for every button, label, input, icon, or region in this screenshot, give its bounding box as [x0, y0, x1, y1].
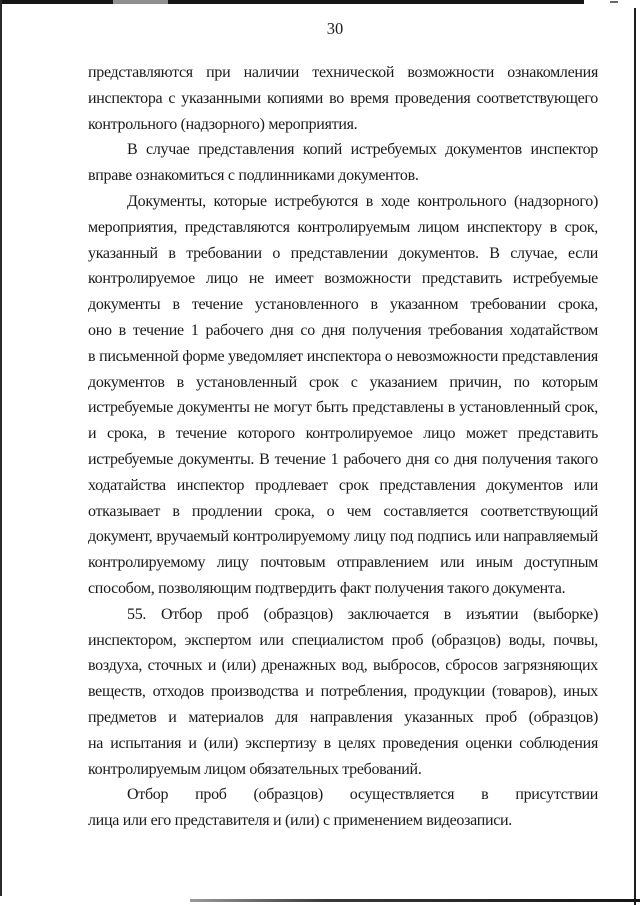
text-line: указанный в требовании о представлении д…	[88, 241, 598, 267]
paragraph: Отбор проб (образцов) осуществляется в п…	[88, 782, 598, 834]
text-line: в письменной форме уведомляет инспектора…	[88, 344, 598, 370]
text-line: веществ, отходов производства и потребле…	[88, 679, 598, 705]
text-line: отказывает в продлении срока, о чем сост…	[88, 499, 598, 525]
text-line: документы в течение установленного в ука…	[88, 292, 598, 318]
text-line: ходатайства инспектор продлевает срок пр…	[88, 473, 598, 499]
scan-edge-bottom	[190, 899, 640, 902]
text-line: инспектора с указанными копиями во время…	[88, 86, 598, 112]
text-line: контролируемым лицом обязательных требов…	[88, 757, 598, 783]
document-page: 30 представляются при наличии техническо…	[0, 0, 640, 905]
scan-edge-top-fade	[113, 0, 168, 4]
text-line: способом, позволяющим подтвердить факт п…	[88, 576, 598, 602]
text-line: Отбор проб (образцов) осуществляется в п…	[88, 782, 598, 808]
text-line: предметов и материалов для направления у…	[88, 705, 598, 731]
text-line: на испытания и (или) экспертизу в целях …	[88, 731, 598, 757]
scan-edge-left	[0, 0, 2, 896]
text-line: Документы, которые истребуются в ходе ко…	[88, 189, 598, 215]
text-line: контролируемому лицу почтовым отправлени…	[88, 550, 598, 576]
text-line: истребуемые документы. В течение 1 рабоч…	[88, 447, 598, 473]
scan-speck	[610, 1, 618, 3]
page-number: 30	[80, 16, 590, 42]
text-line: контрольного (надзорного) мероприятия.	[88, 112, 598, 138]
text-line: истребуемые документы не могут быть пред…	[88, 395, 598, 421]
paragraph: Документы, которые истребуются в ходе ко…	[88, 189, 598, 602]
text-line: воздуха, сточных и (или) дренажных вод, …	[88, 653, 598, 679]
paragraph: 55. Отбор проб (образцов) заключается в …	[88, 602, 598, 783]
text-line: лица или его представителя и (или) с при…	[88, 808, 598, 834]
paragraph: В случае представления копий истребуемых…	[88, 137, 598, 189]
text-line: представляются при наличии технической в…	[88, 60, 598, 86]
text-line: вправе ознакомиться с подлинниками докум…	[88, 163, 598, 189]
text-line: документов в установленный срок с указан…	[88, 370, 598, 396]
scan-edge-top	[0, 0, 584, 4]
text-line: В случае представления копий истребуемых…	[88, 137, 598, 163]
text-line: оно в течение 1 рабочего дня со дня полу…	[88, 318, 598, 344]
text-line: и срока, в течение которого контролируем…	[88, 421, 598, 447]
text-line: 55. Отбор проб (образцов) заключается в …	[88, 602, 598, 628]
text-line: документ, вручаемый контролируемому лицу…	[88, 524, 598, 550]
text-line: контролируемое лицо не имеет возможности…	[88, 266, 598, 292]
text-line: инспектором, экспертом или специалистом …	[88, 628, 598, 654]
text-line: мероприятия, представляются контролируем…	[88, 215, 598, 241]
paragraph: представляются при наличии технической в…	[88, 60, 598, 137]
scan-edge-right	[634, 8, 636, 905]
document-text: представляются при наличии технической в…	[88, 60, 598, 834]
